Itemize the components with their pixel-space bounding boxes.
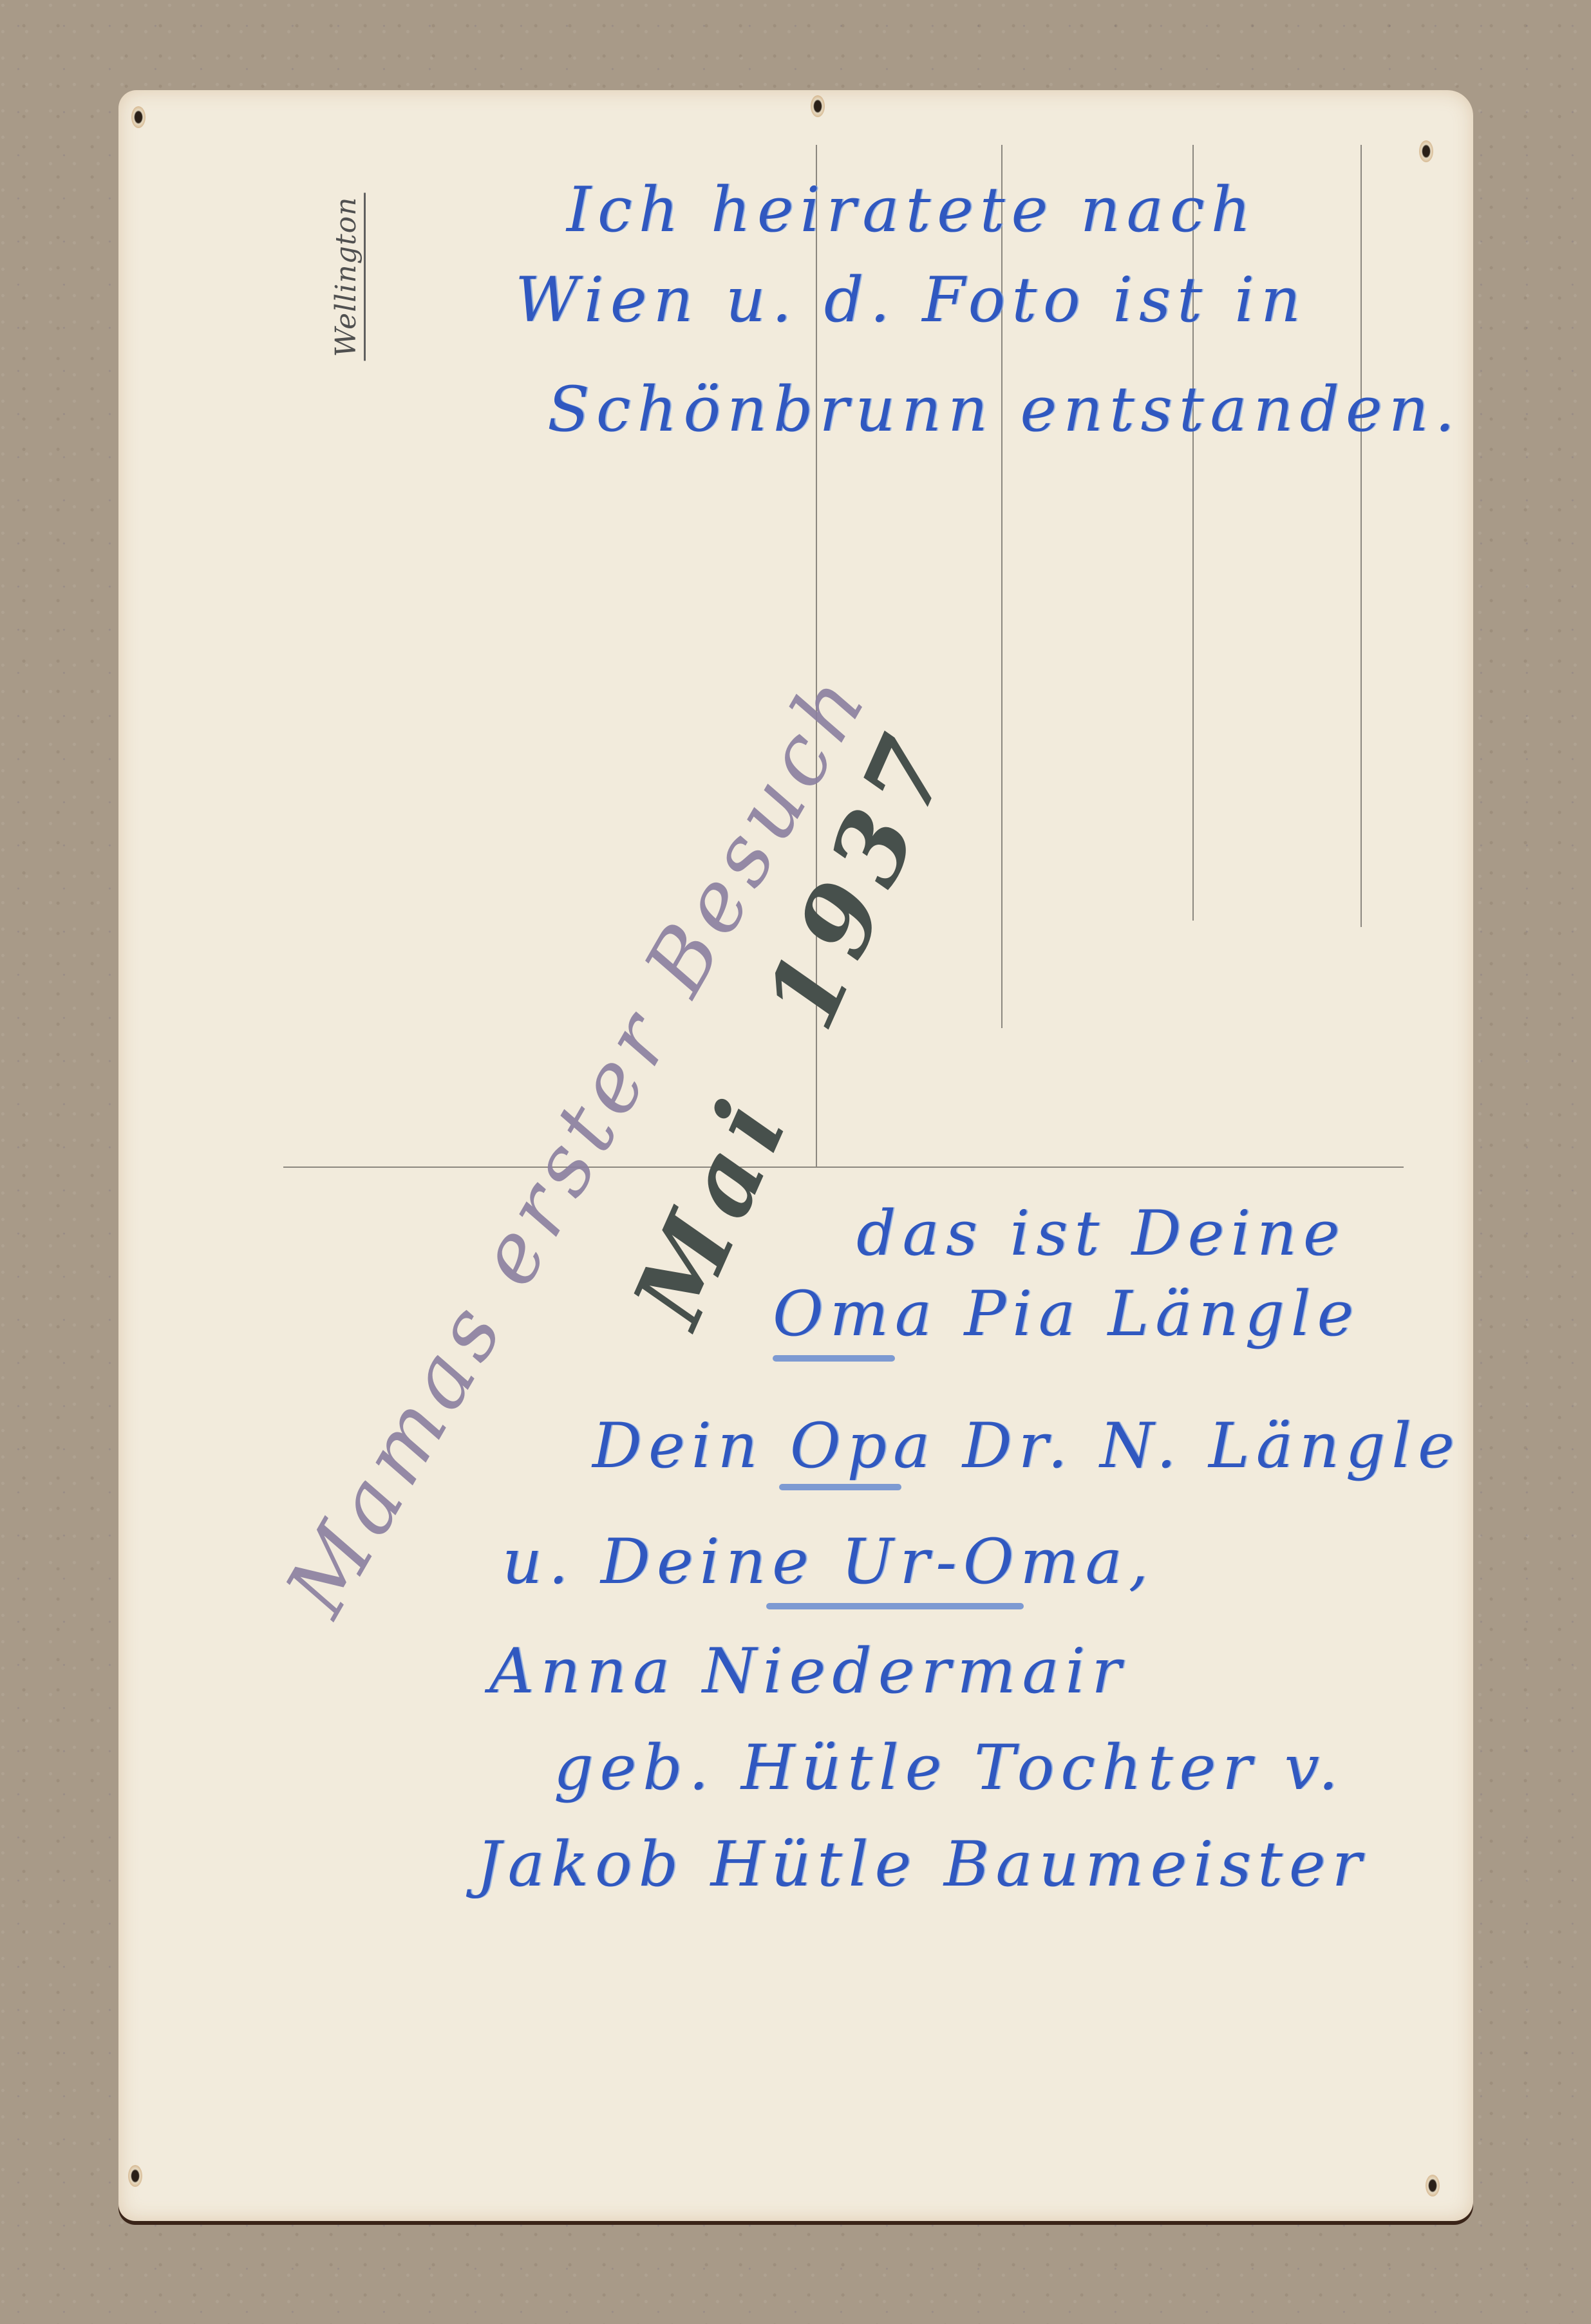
punch-hole-bottom-right xyxy=(1426,2175,1440,2197)
paper-brand-stamp: Wellington xyxy=(330,193,366,361)
punch-hole-bottom-left xyxy=(128,2165,142,2187)
address-line-2 xyxy=(1192,145,1194,921)
underline-opa xyxy=(779,1484,901,1490)
underline-ur-oma xyxy=(766,1603,1024,1609)
bottom-note-line-3: Dein Opa Dr. N. Längle xyxy=(592,1410,1461,1482)
punch-hole-top-left xyxy=(131,106,146,128)
top-note-line-3: Schönbrunn entstanden. xyxy=(547,373,1461,445)
underline-oma xyxy=(773,1355,895,1362)
bottom-note-line-1: das ist Deine xyxy=(856,1197,1346,1270)
punch-hole-top-center xyxy=(811,95,825,117)
bottom-note-line-6: geb. Hütle Tochter v. xyxy=(554,1732,1344,1804)
bottom-note-line-7: Jakob Hütle Baumeister xyxy=(476,1828,1368,1900)
bottom-note-line-5: Anna Niedermair xyxy=(489,1635,1127,1707)
top-note-line-2: Wien u. d. Foto ist in xyxy=(515,264,1307,336)
bottom-note-line-4: u. Deine Ur-Oma, xyxy=(502,1526,1154,1598)
divider-line-horizontal xyxy=(283,1167,1404,1168)
address-line-3 xyxy=(1360,145,1362,927)
bottom-note-line-2: Oma Pia Längle xyxy=(773,1278,1360,1350)
top-note-line-1: Ich heiratete nach xyxy=(567,174,1257,246)
punch-hole-top-right xyxy=(1419,140,1433,162)
